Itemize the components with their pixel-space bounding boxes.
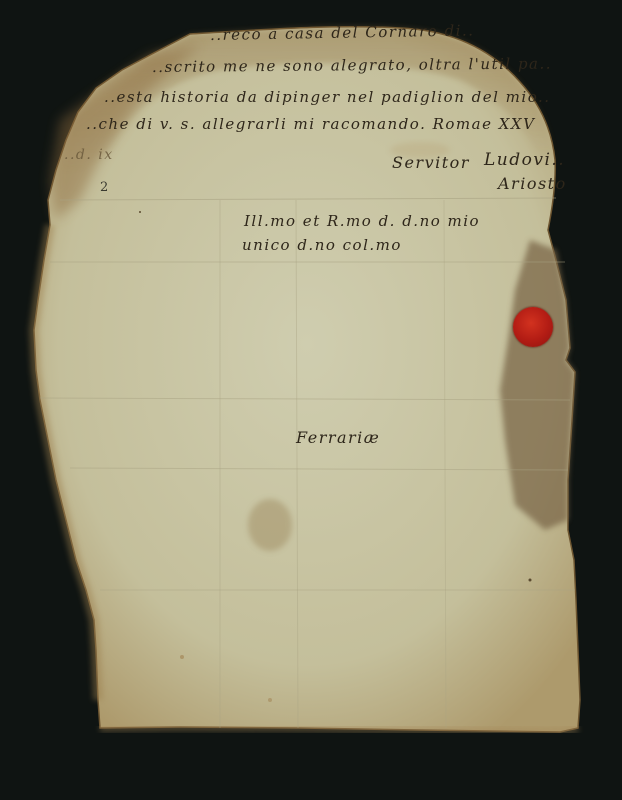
wax-seal-icon <box>513 307 553 347</box>
signature-surname: Ariosto <box>498 174 567 193</box>
letter-line-2: ..scrito me ne sono alegrato, oltra l'ut… <box>152 55 552 76</box>
letter-line-5: ..d. ix <box>64 147 114 163</box>
letter-line-3: ..esta historia da dipinger nel padiglio… <box>104 88 551 106</box>
destination-ferrara: Ferrariæ <box>296 428 380 447</box>
manuscript-scan: ..reco a casa del Cornaro di.. ..scrito … <box>0 0 622 800</box>
address-line-2: unico d.no col.mo <box>242 236 402 254</box>
letter-line-4: ..che di v. s. allegrarli mi racomando. … <box>86 115 535 133</box>
page-number: 2 <box>100 180 110 195</box>
signature-first-name: Ludovi.. <box>484 150 565 170</box>
closing-servitor: Servitor <box>392 153 470 172</box>
address-line-1: Ill.mo et R.mo d. d.no mio <box>244 212 480 230</box>
